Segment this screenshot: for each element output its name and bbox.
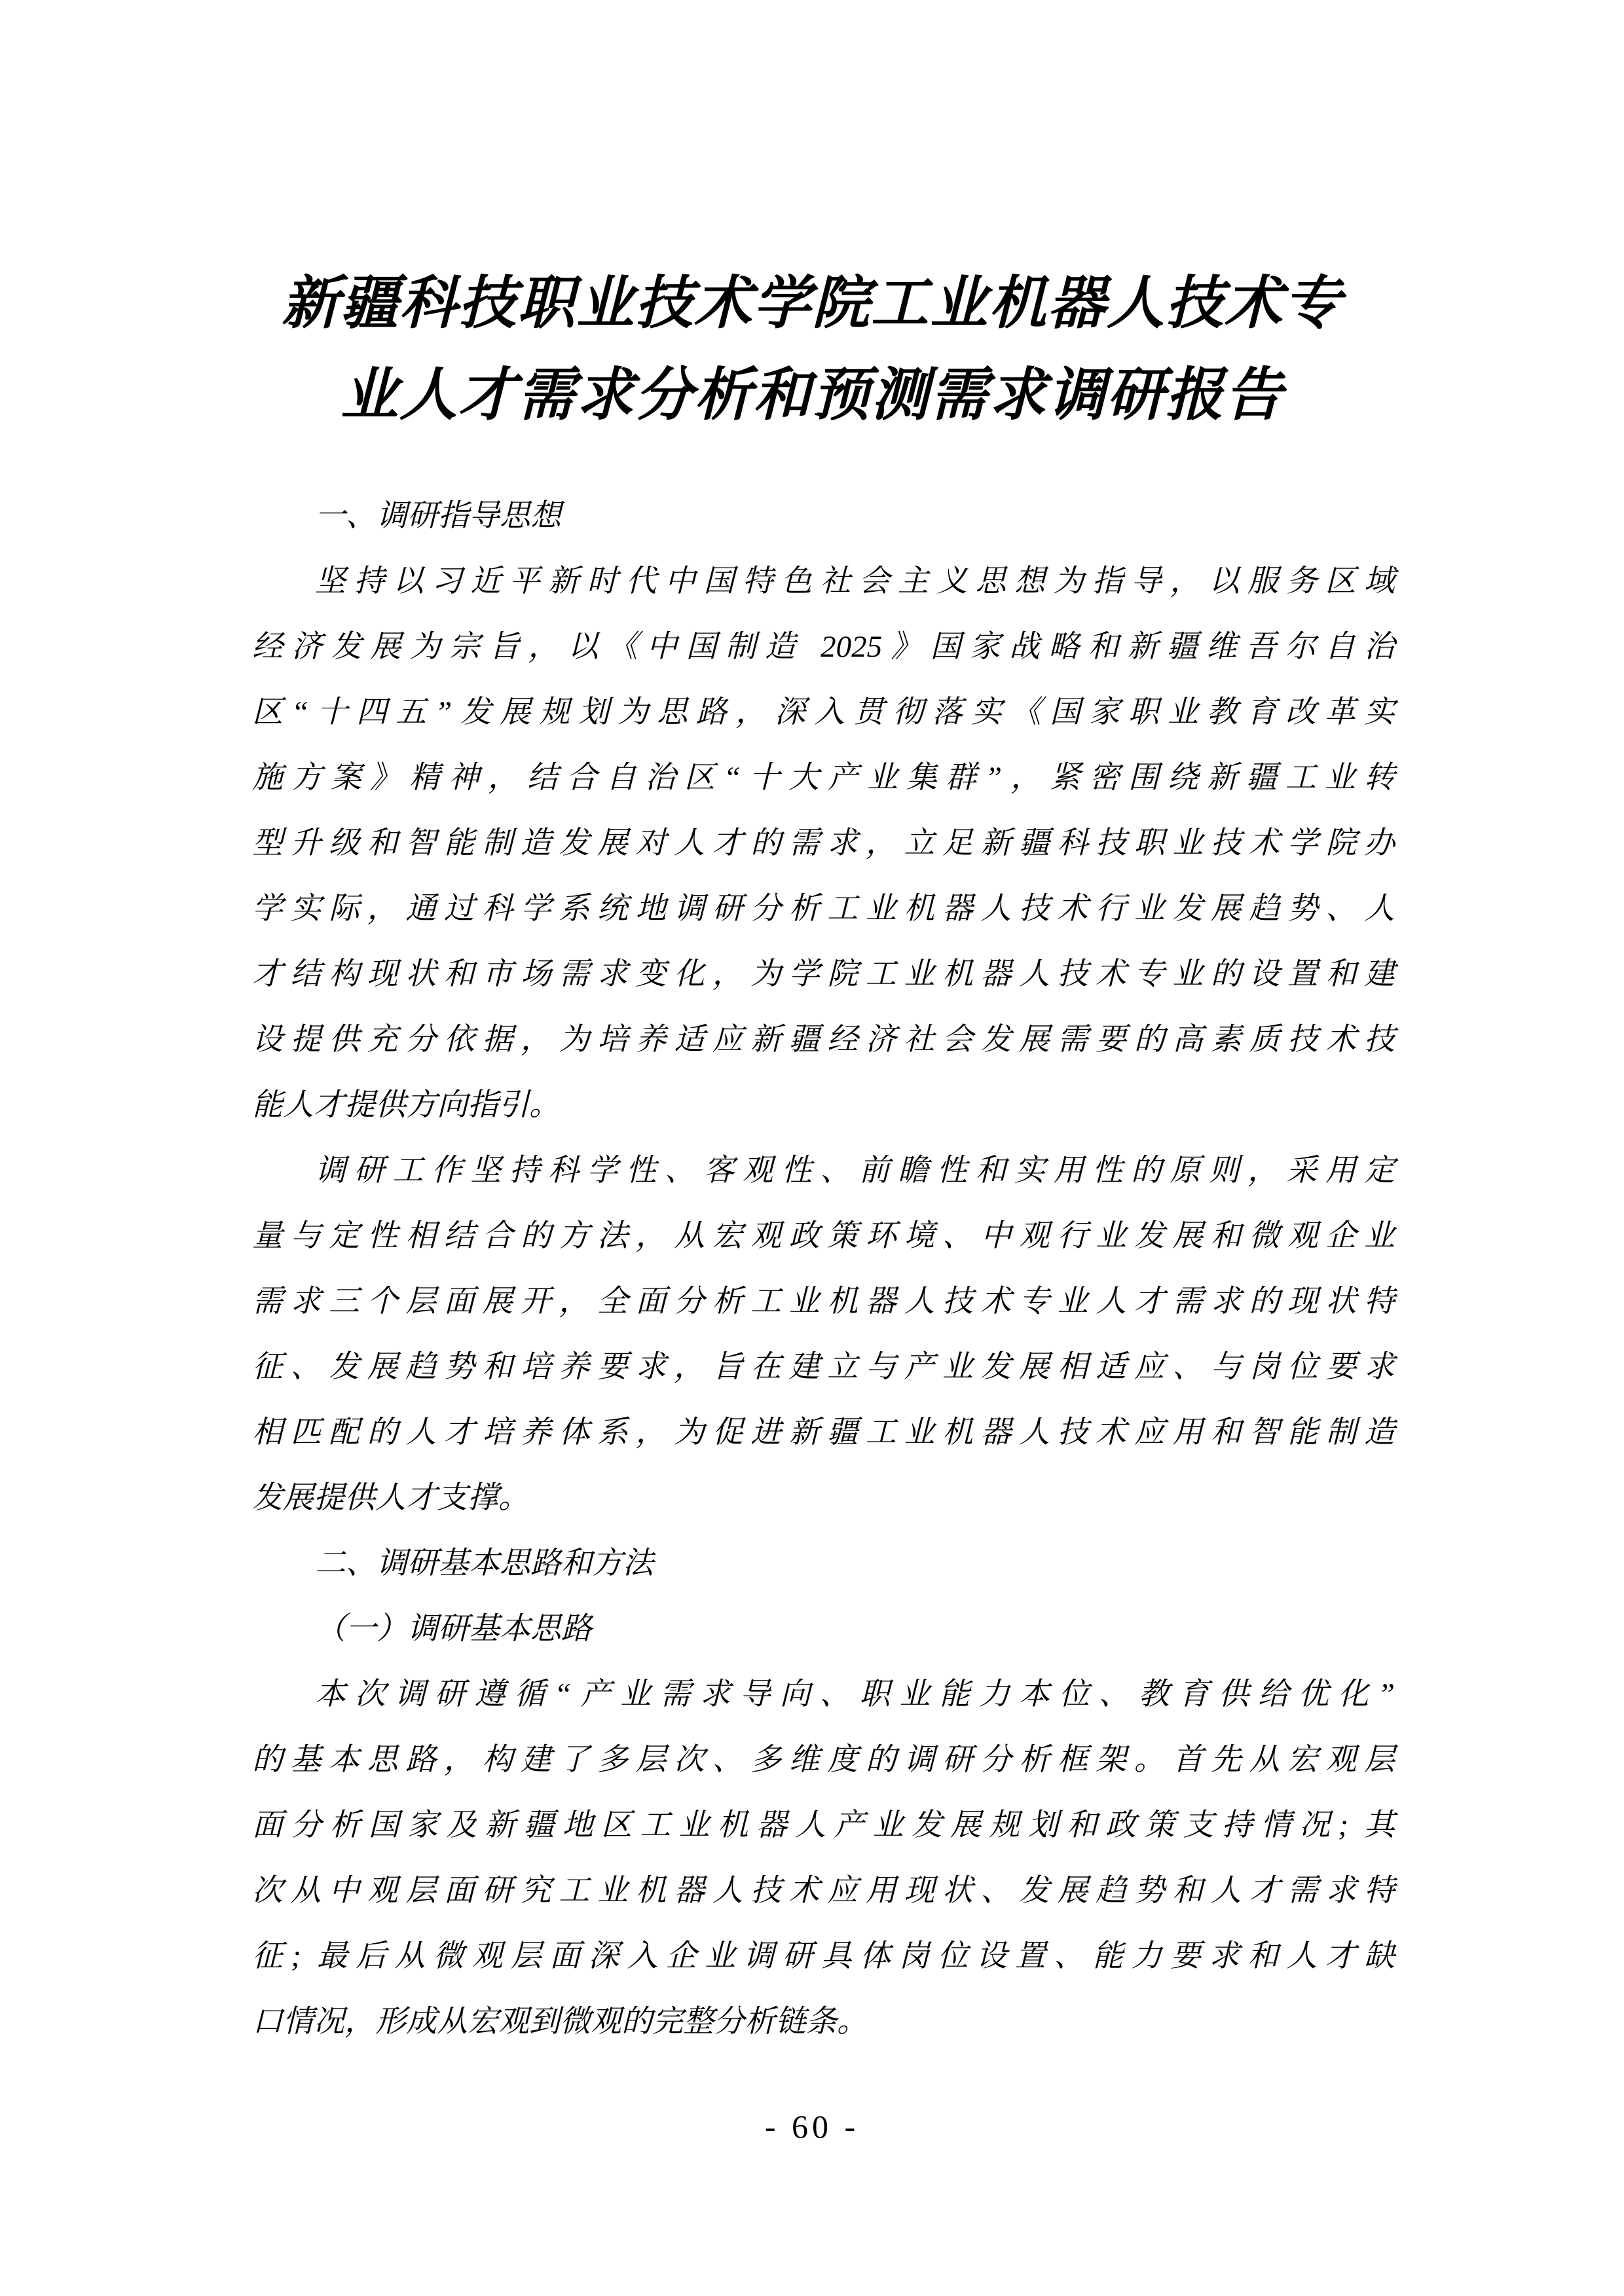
text-line: 次从中观层面研究工业机器人技术应用现状、发展趋势和人才需求特 [252, 1858, 1395, 1923]
text-line: 本次调研遵循“产业需求导向、职业能力本位、教育供给优化” [252, 1662, 1395, 1727]
document-title-line-1: 新疆科技职业技术学院工业机器人技术专 [232, 259, 1392, 350]
document-page: 新疆科技职业技术学院工业机器人技术专 业人才需求分析和预测需求调研报告 一、调研… [0, 0, 1624, 2296]
section-heading: （一）调研基本思路 [252, 1596, 1395, 1662]
text-line: 型升级和智能制造发展对人才的需求，立足新疆科技职业技术学院办 [252, 811, 1395, 876]
text-line: 征、发展趋势和培养要求，旨在建立与产业发展相适应、与岗位要求 [252, 1334, 1395, 1400]
text-line: 相匹配的人才培养体系，为促进新疆工业机器人技术应用和智能制造 [252, 1400, 1395, 1465]
text-line: 调研工作坚持科学性、客观性、前瞻性和实用性的原则，采用定 [252, 1138, 1395, 1203]
text-line: 区“十四五”发展规划为思路，深入贯彻落实《国家职业教育改革实 [252, 680, 1395, 745]
text-line: 需求三个层面展开，全面分析工业机器人技术专业人才需求的现状特 [252, 1269, 1395, 1334]
document-title-line-2: 业人才需求分析和预测需求调研报告 [232, 350, 1392, 442]
document-title: 新疆科技职业技术学院工业机器人技术专 业人才需求分析和预测需求调研报告 [232, 259, 1392, 442]
section-heading: 一、调研指导思想 [252, 483, 1395, 549]
page-number: - 60 - [0, 2107, 1624, 2146]
text-line: 的基本思路，构建了多层次、多维度的调研分析框架。首先从宏观层 [252, 1727, 1395, 1793]
text-line: 学实际，通过科学系统地调研分析工业机器人技术行业发展趋势、人 [252, 876, 1395, 941]
text-line: 发展提供人才支撑。 [252, 1465, 1395, 1531]
text-line: 经济发展为宗旨，以《中国制造 2025》国家战略和新疆维吾尔自治 [252, 614, 1395, 680]
text-line: 量与定性相结合的方法，从宏观政策环境、中观行业发展和微观企业 [252, 1203, 1395, 1269]
text-line: 征; 最后从微观层面深入企业调研具体岗位设置、能力要求和人才缺 [252, 1923, 1395, 1989]
text-line: 口情况，形成从宏观到微观的完整分析链条。 [252, 1989, 1395, 2054]
text-line: 才结构现状和市场需求变化，为学院工业机器人技术专业的设置和建 [252, 941, 1395, 1007]
text-line: 设提供充分依据，为培养适应新疆经济社会发展需要的高素质技术技 [252, 1007, 1395, 1072]
text-line: 坚持以习近平新时代中国特色社会主义思想为指导，以服务区域 [252, 549, 1395, 614]
text-line: 施方案》精神，结合自治区“十大产业集群”，紧密围绕新疆工业转 [252, 745, 1395, 811]
text-line: 能人才提供方向指引。 [252, 1072, 1395, 1138]
text-line: 面分析国家及新疆地区工业机器人产业发展规划和政策支持情况; 其 [252, 1793, 1395, 1858]
section-heading: 二、调研基本思路和方法 [252, 1531, 1395, 1596]
document-body: 一、调研指导思想坚持以习近平新时代中国特色社会主义思想为指导，以服务区域经济发展… [252, 483, 1395, 2054]
